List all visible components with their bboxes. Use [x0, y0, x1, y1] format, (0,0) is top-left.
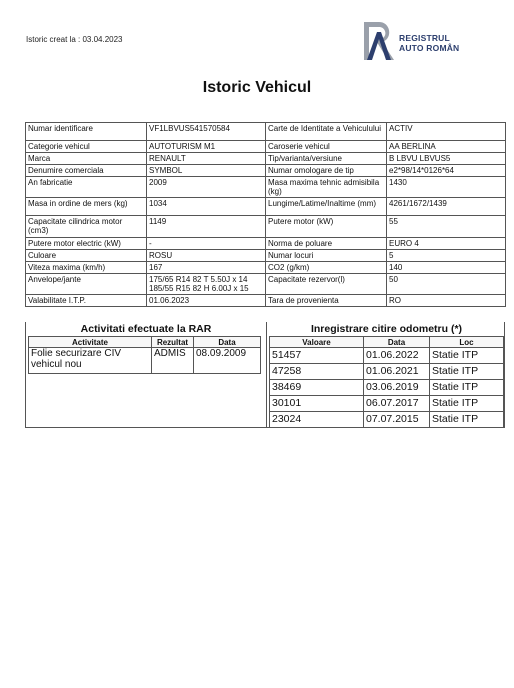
field-label: Lungime/Latime/Inaltime (mm) [266, 198, 387, 216]
field-value: 1034 [147, 198, 266, 216]
field-label: Norma de poluare [266, 238, 387, 250]
field-label: Capacitate cilindrica motor (cm3) [26, 216, 147, 238]
odometer-date: 07.07.2015 [364, 412, 430, 428]
field-value: 5 [387, 250, 506, 262]
field-label: Putere motor electric (kW) [26, 238, 147, 250]
odometer-value: 30101 [270, 396, 364, 412]
history-section: Activitati efectuate la RAR Activitate R… [25, 322, 505, 428]
field-value: ACTIV [387, 123, 506, 141]
odometer-title: Inregistrare citire odometru (*) [267, 322, 506, 336]
field-label: Putere motor (kW) [266, 216, 387, 238]
table-row: Categorie vehiculAUTOTURISM M1Caroserie … [26, 141, 506, 153]
field-label: Marca [26, 153, 147, 165]
odometer-location: Statie ITP [430, 348, 504, 364]
field-value: ROSU [147, 250, 266, 262]
table-row: Anvelope/jante175/65 R14 82 T 5.50J x 14… [26, 274, 506, 295]
activities-header-data: Data [194, 337, 261, 348]
field-label: Culoare [26, 250, 147, 262]
page-title: Istoric Vehicul [0, 79, 514, 97]
activity-name: Folie securizare CIV vehicul nou [29, 348, 152, 374]
field-value: 4261/1672/1439 [387, 198, 506, 216]
table-row: CuloareROSUNumar locuri5 [26, 250, 506, 262]
logo-line-2: AUTO ROMÂN [399, 43, 459, 53]
field-label: CO2 (g/km) [266, 262, 387, 274]
field-label: Categorie vehicul [26, 141, 147, 153]
table-row: 3846903.06.2019Statie ITP [270, 380, 504, 396]
field-value: 50 [387, 274, 506, 295]
table-row: 4725801.06.2021Statie ITP [270, 364, 504, 380]
odometer-table: Valoare Data Loc 5145701.06.2022Statie I… [269, 336, 504, 428]
odometer-location: Statie ITP [430, 396, 504, 412]
odometer-date: 06.07.2017 [364, 396, 430, 412]
field-value: RENAULT [147, 153, 266, 165]
activity-date: 08.09.2009 [194, 348, 261, 374]
odometer-location: Statie ITP [430, 380, 504, 396]
field-value: AA BERLINA [387, 141, 506, 153]
odometer-header-loc: Loc [430, 337, 504, 348]
field-value: e2*98/14*0126*64 [387, 165, 506, 177]
field-value: - [147, 238, 266, 250]
field-label: Caroserie vehicul [266, 141, 387, 153]
table-row: Capacitate cilindrica motor (cm3)1149Put… [26, 216, 506, 238]
rar-logo: REGISTRUL AUTO ROMÂN [361, 20, 481, 62]
table-row: 2302407.07.2015Statie ITP [270, 412, 504, 428]
table-row: Viteza maxima (km/h)167CO2 (g/km)140 [26, 262, 506, 274]
table-row: MarcaRENAULTTip/varianta/versiuneB LBVU … [26, 153, 506, 165]
odometer-location: Statie ITP [430, 412, 504, 428]
activities-header-rezultat: Rezultat [152, 337, 194, 348]
field-label: Masa maxima tehnic admisibila (kg) [266, 177, 387, 198]
activities-header-activitate: Activitate [29, 337, 152, 348]
table-row: Numar identificareVF1LBVUS541570584Carte… [26, 123, 506, 141]
field-label: An fabricatie [26, 177, 147, 198]
field-value: 140 [387, 262, 506, 274]
table-row: 5145701.06.2022Statie ITP [270, 348, 504, 364]
field-label: Tip/varianta/versiune [266, 153, 387, 165]
field-value: 167 [147, 262, 266, 274]
field-label: Numar locuri [266, 250, 387, 262]
created-date: Istoric creat la : 03.04.2023 [26, 35, 123, 44]
logo-line-1: REGISTRUL [399, 33, 459, 43]
activities-table: Activitate Rezultat Data Folie securizar… [28, 336, 261, 374]
odometer-value: 51457 [270, 348, 364, 364]
field-value: AUTOTURISM M1 [147, 141, 266, 153]
activities-section: Activitati efectuate la RAR Activitate R… [26, 322, 266, 374]
activities-title: Activitati efectuate la RAR [26, 322, 266, 336]
odometer-value: 47258 [270, 364, 364, 380]
field-label: Numar omologare de tip [266, 165, 387, 177]
activity-result: ADMIS [152, 348, 194, 374]
field-value: 1430 [387, 177, 506, 198]
odometer-header-data: Data [364, 337, 430, 348]
field-value: 2009 [147, 177, 266, 198]
field-label: Capacitate rezervor(l) [266, 274, 387, 295]
field-value: 55 [387, 216, 506, 238]
table-row: Masa in ordine de mers (kg)1034Lungime/L… [26, 198, 506, 216]
odometer-location: Statie ITP [430, 364, 504, 380]
odometer-date: 01.06.2022 [364, 348, 430, 364]
odometer-date: 03.06.2019 [364, 380, 430, 396]
odometer-header-valoare: Valoare [270, 337, 364, 348]
odometer-value: 38469 [270, 380, 364, 396]
odometer-section: Inregistrare citire odometru (*) Valoare… [266, 322, 506, 427]
field-value: 1149 [147, 216, 266, 238]
table-row: An fabricatie2009Masa maxima tehnic admi… [26, 177, 506, 198]
table-row: Folie securizare CIV vehicul nou ADMIS 0… [29, 348, 261, 374]
field-value: SYMBOL [147, 165, 266, 177]
field-value: 01.06.2023 [147, 295, 266, 307]
field-value: VF1LBVUS541570584 [147, 123, 266, 141]
field-label: Denumire comerciala [26, 165, 147, 177]
table-row: 3010106.07.2017Statie ITP [270, 396, 504, 412]
field-value: RO [387, 295, 506, 307]
vehicle-details-table: Numar identificareVF1LBVUS541570584Carte… [25, 122, 506, 307]
field-label: Numar identificare [26, 123, 147, 141]
field-label: Masa in ordine de mers (kg) [26, 198, 147, 216]
odometer-value: 23024 [270, 412, 364, 428]
field-label: Valabilitate I.T.P. [26, 295, 147, 307]
table-row: Putere motor electric (kW)-Norma de polu… [26, 238, 506, 250]
field-label: Carte de Identitate a Vehiculului [266, 123, 387, 141]
field-label: Tara de provenienta [266, 295, 387, 307]
field-value: B LBVU LBVUS5 [387, 153, 506, 165]
field-label: Anvelope/jante [26, 274, 147, 295]
field-value: EURO 4 [387, 238, 506, 250]
rar-logo-icon [361, 20, 401, 62]
odometer-date: 01.06.2021 [364, 364, 430, 380]
field-value: 175/65 R14 82 T 5.50J x 14 185/55 R15 82… [147, 274, 266, 295]
table-row: Valabilitate I.T.P.01.06.2023Tara de pro… [26, 295, 506, 307]
field-label: Viteza maxima (km/h) [26, 262, 147, 274]
table-row: Denumire comercialaSYMBOLNumar omologare… [26, 165, 506, 177]
